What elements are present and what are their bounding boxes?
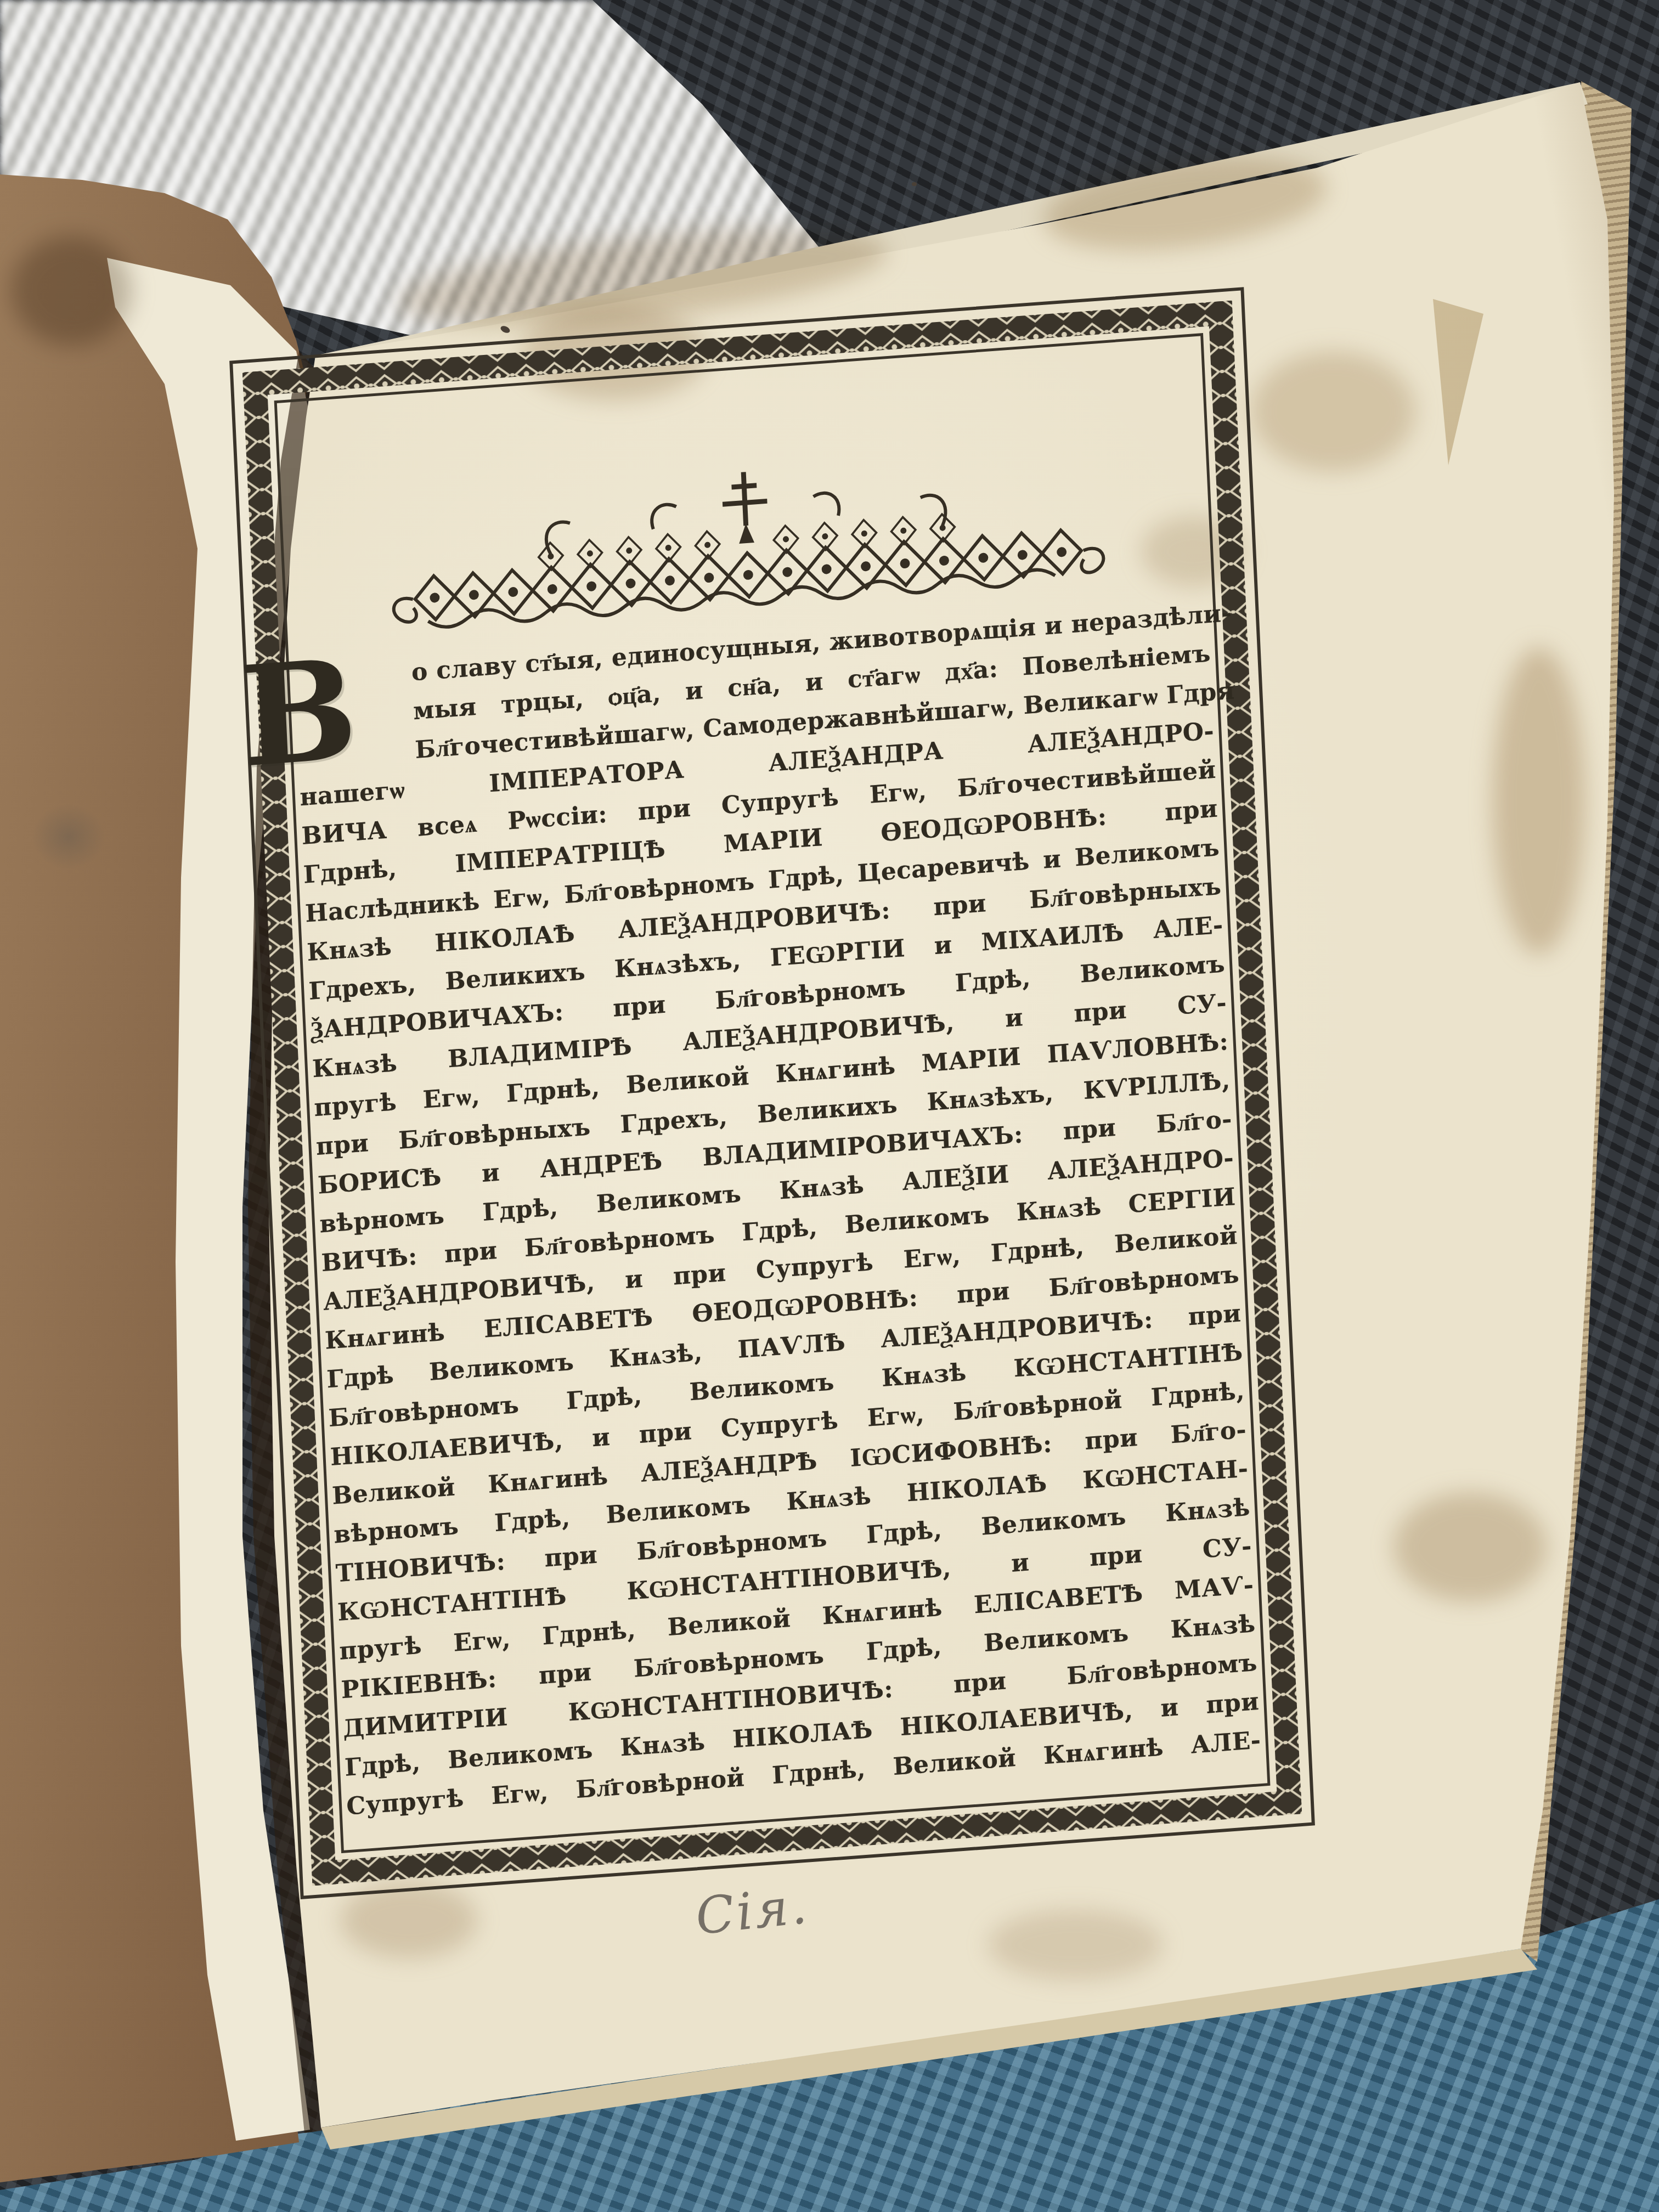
orthodox-cross-icon — [721, 471, 769, 545]
stain — [1492, 647, 1585, 955]
printed-content: В о славу ст҃ыя, единосущныя, животворѧщ… — [228, 285, 1317, 1901]
handwritten-inscription: Сія. — [693, 1876, 811, 1946]
book-photo: В о славу ст҃ыя, единосущныя, животворѧщ… — [0, 0, 1659, 2212]
left-page-stain — [16, 790, 121, 883]
text-block: о славу ст҃ыя, единосущныя, животворѧщія… — [294, 595, 1262, 1826]
stain — [1251, 351, 1415, 472]
stain — [988, 1909, 1163, 1980]
speck — [912, 182, 917, 186]
stain — [1393, 1492, 1547, 1602]
stain — [11, 236, 132, 346]
